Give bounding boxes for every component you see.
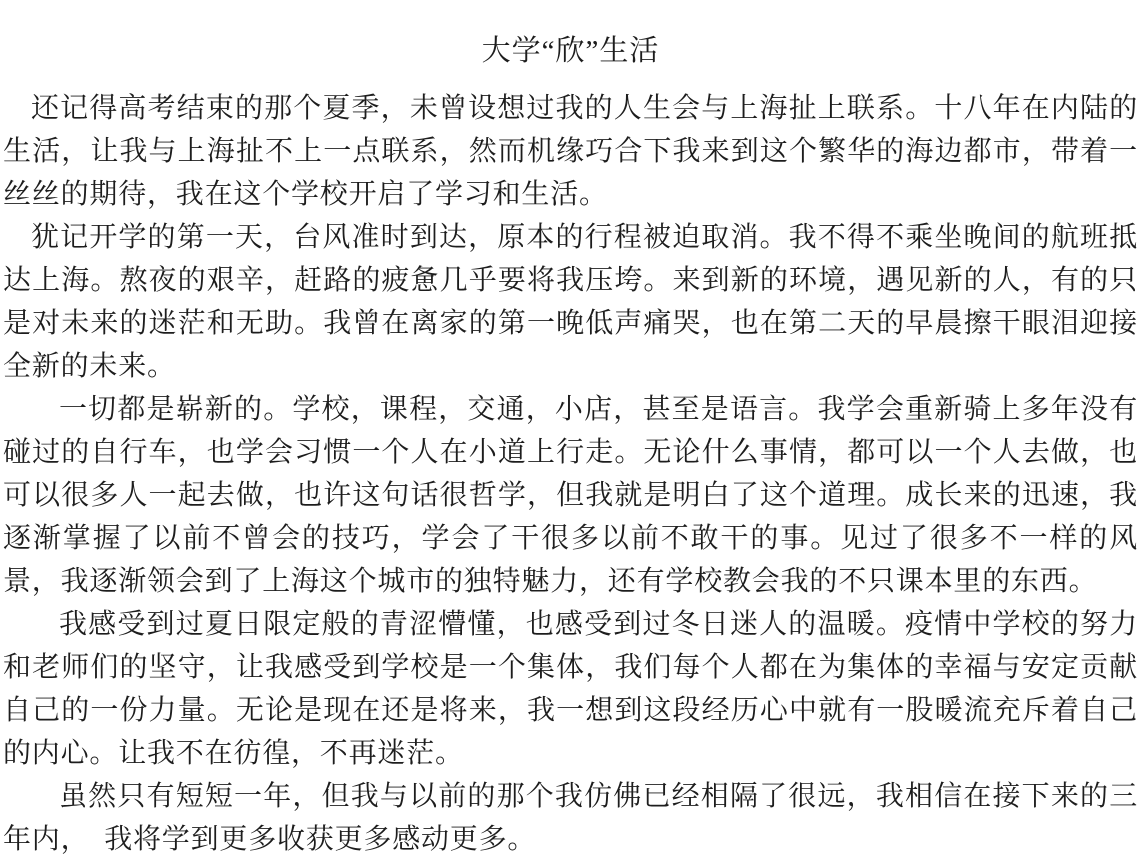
paragraph-2: 犹记开学的第一天，台风准时到达，原本的行程被迫取消。我不得不乘坐晚间的航班抵达上… [3,216,1138,388]
paragraph-5: 虽然只有短短一年，但我与以前的那个我仿佛已经相隔了很远，我相信在接下来的三年内，… [3,775,1138,861]
paragraph-1: 还记得高考结束的那个夏季，未曾设想过我的人生会与上海扯上联系。十八年在内陆的生活… [3,87,1138,216]
paragraph-4: 我感受到过夏日限定般的青涩懵懂，也感受到过冬日迷人的温暖。疫情中学校的努力和老师… [3,603,1138,775]
document-page: 大学“欣”生活 还记得高考结束的那个夏季，未曾设想过我的人生会与上海扯上联系。十… [0,0,1144,868]
paragraph-3: 一切都是崭新的。学校，课程，交通，小店，甚至是语言。我学会重新骑上多年没有碰过的… [3,388,1138,603]
document-title: 大学“欣”生活 [3,30,1138,73]
